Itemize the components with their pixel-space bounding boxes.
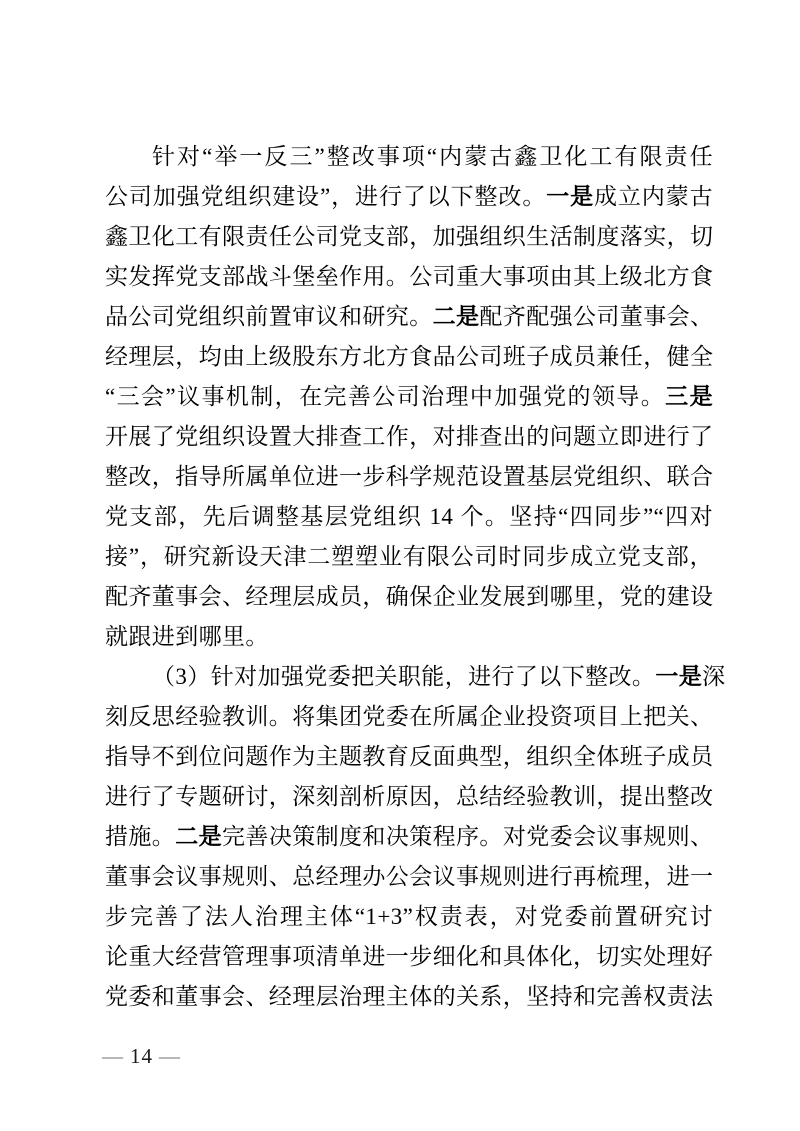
body-text: 针对“举一反三”整改事项“内蒙古鑫卫化工有限责任 [152, 144, 713, 169]
body-text: 深 [702, 664, 725, 689]
body-text: 鑫卫化工有限责任公司党支部，加强组织生活制度落实，切 [105, 224, 713, 249]
text-line-15: 刻反思经验教训。将集团党委在所属企业投资项目上把关、 [105, 697, 713, 737]
body-text: 完善决策制度和决策程序。对党委会议事规则、 [222, 824, 713, 849]
body-text: 党委和董事会、经理层治理主体的关系，坚持和完善权责法 [105, 984, 713, 1009]
body-text: “三会”议事机制，在完善公司治理中加强党的领导。 [105, 384, 665, 409]
text-line-6: 经理层，均由上级股东方北方食品公司班子成员兼任，健全 [105, 337, 713, 377]
text-line-4: 实发挥党支部战斗堡垒作用。公司重大事项由其上级北方食 [105, 257, 713, 297]
body-text: 措施。 [105, 824, 175, 849]
body-text: （3）针对加强党委把关职能，进行了以下整改。 [152, 664, 655, 689]
text-line-13: 就跟进到哪里。 [105, 617, 713, 657]
body-text: 成立内蒙古 [594, 184, 713, 209]
body-text: 公司加强党组织建设”，进行了以下整改。 [105, 184, 546, 209]
page-number-dash-left: — [102, 1044, 124, 1068]
text-line-16: 指导不到位问题作为主题教育反面典型，组织全体班子成员 [105, 737, 713, 777]
body-text: 开展了党组织设置大排查工作，对排查出的问题立即进行了 [105, 424, 713, 449]
text-line-22: 党委和董事会、经理层治理主体的关系，坚持和完善权责法 [105, 977, 713, 1017]
body-text: 接”，研究新设天津二塑塑业有限公司时同步成立党支部， [105, 544, 713, 569]
emphasis-text: 二是 [433, 304, 480, 329]
body-text: 整改，指导所属单位进一步科学规范设置基层党组织、联合 [105, 464, 713, 489]
emphasis-text: 一是 [655, 664, 702, 689]
body-text: 论重大经营管理事项清单进一步细化和具体化，切实处理好 [105, 944, 713, 969]
page-number-value: 14 [124, 1044, 159, 1068]
emphasis-text: 二是 [175, 824, 222, 849]
body-text: 刻反思经验教训。将集团党委在所属企业投资项目上把关、 [105, 704, 713, 729]
text-line-18: 措施。二是完善决策制度和决策程序。对党委会议事规则、 [105, 817, 713, 857]
text-line-3: 鑫卫化工有限责任公司党支部，加强组织生活制度落实，切 [105, 217, 713, 257]
emphasis-text: 一是 [546, 184, 594, 209]
body-text: 品公司党组织前置审议和研究。 [105, 304, 433, 329]
body-text: 实发挥党支部战斗堡垒作用。公司重大事项由其上级北方食 [105, 264, 713, 289]
body-text: 就跟进到哪里。 [105, 624, 269, 649]
text-line-12: 配齐董事会、经理层成员，确保企业发展到哪里，党的建设 [105, 577, 713, 617]
text-line-8: 开展了党组织设置大排查工作，对排查出的问题立即进行了 [105, 417, 713, 457]
text-line-20: 步完善了法人治理主体“1+3”权责表，对党委前置研究讨 [105, 897, 713, 937]
text-line-19: 董事会议事规则、总经理办公会议事规则进行再梳理，进一 [105, 857, 713, 897]
body-text: 党支部，先后调整基层党组织 14 个。坚持“四同步”“四对 [105, 504, 713, 529]
text-line-21: 论重大经营管理事项清单进一步细化和具体化，切实处理好 [105, 937, 713, 977]
page-number-dash-right: — [159, 1044, 181, 1068]
text-line-5: 品公司党组织前置审议和研究。二是配齐配强公司董事会、 [105, 297, 713, 337]
body-text: 配齐配强公司董事会、 [479, 304, 713, 329]
body-text: 指导不到位问题作为主题教育反面典型，组织全体班子成员 [105, 744, 713, 769]
emphasis-text: 三是 [665, 384, 713, 409]
page-number: —14— [102, 1042, 181, 1070]
text-line-11: 接”，研究新设天津二塑塑业有限公司时同步成立党支部， [105, 537, 713, 577]
body-text: 配齐董事会、经理层成员，确保企业发展到哪里，党的建设 [105, 584, 713, 609]
body-text: 进行了专题研讨，深刻剖析原因，总结经验教训，提出整改 [105, 784, 713, 809]
text-line-2: 公司加强党组织建设”，进行了以下整改。一是成立内蒙古 [105, 177, 713, 217]
text-line-9: 整改，指导所属单位进一步科学规范设置基层党组织、联合 [105, 457, 713, 497]
body-text: 董事会议事规则、总经理办公会议事规则进行再梳理，进一 [105, 864, 713, 889]
text-line-14: （3）针对加强党委把关职能，进行了以下整改。一是深 [105, 657, 713, 697]
body-text: 经理层，均由上级股东方北方食品公司班子成员兼任，健全 [105, 344, 713, 369]
document-page: 针对“举一反三”整改事项“内蒙古鑫卫化工有限责任公司加强党组织建设”，进行了以下… [0, 0, 800, 1131]
text-line-1: 针对“举一反三”整改事项“内蒙古鑫卫化工有限责任 [105, 137, 713, 177]
text-line-17: 进行了专题研讨，深刻剖析原因，总结经验教训，提出整改 [105, 777, 713, 817]
text-line-10: 党支部，先后调整基层党组织 14 个。坚持“四同步”“四对 [105, 497, 713, 537]
body-text: 步完善了法人治理主体“1+3”权责表，对党委前置研究讨 [105, 904, 713, 929]
text-line-7: “三会”议事机制，在完善公司治理中加强党的领导。三是 [105, 377, 713, 417]
document-body: 针对“举一反三”整改事项“内蒙古鑫卫化工有限责任公司加强党组织建设”，进行了以下… [105, 137, 713, 1017]
